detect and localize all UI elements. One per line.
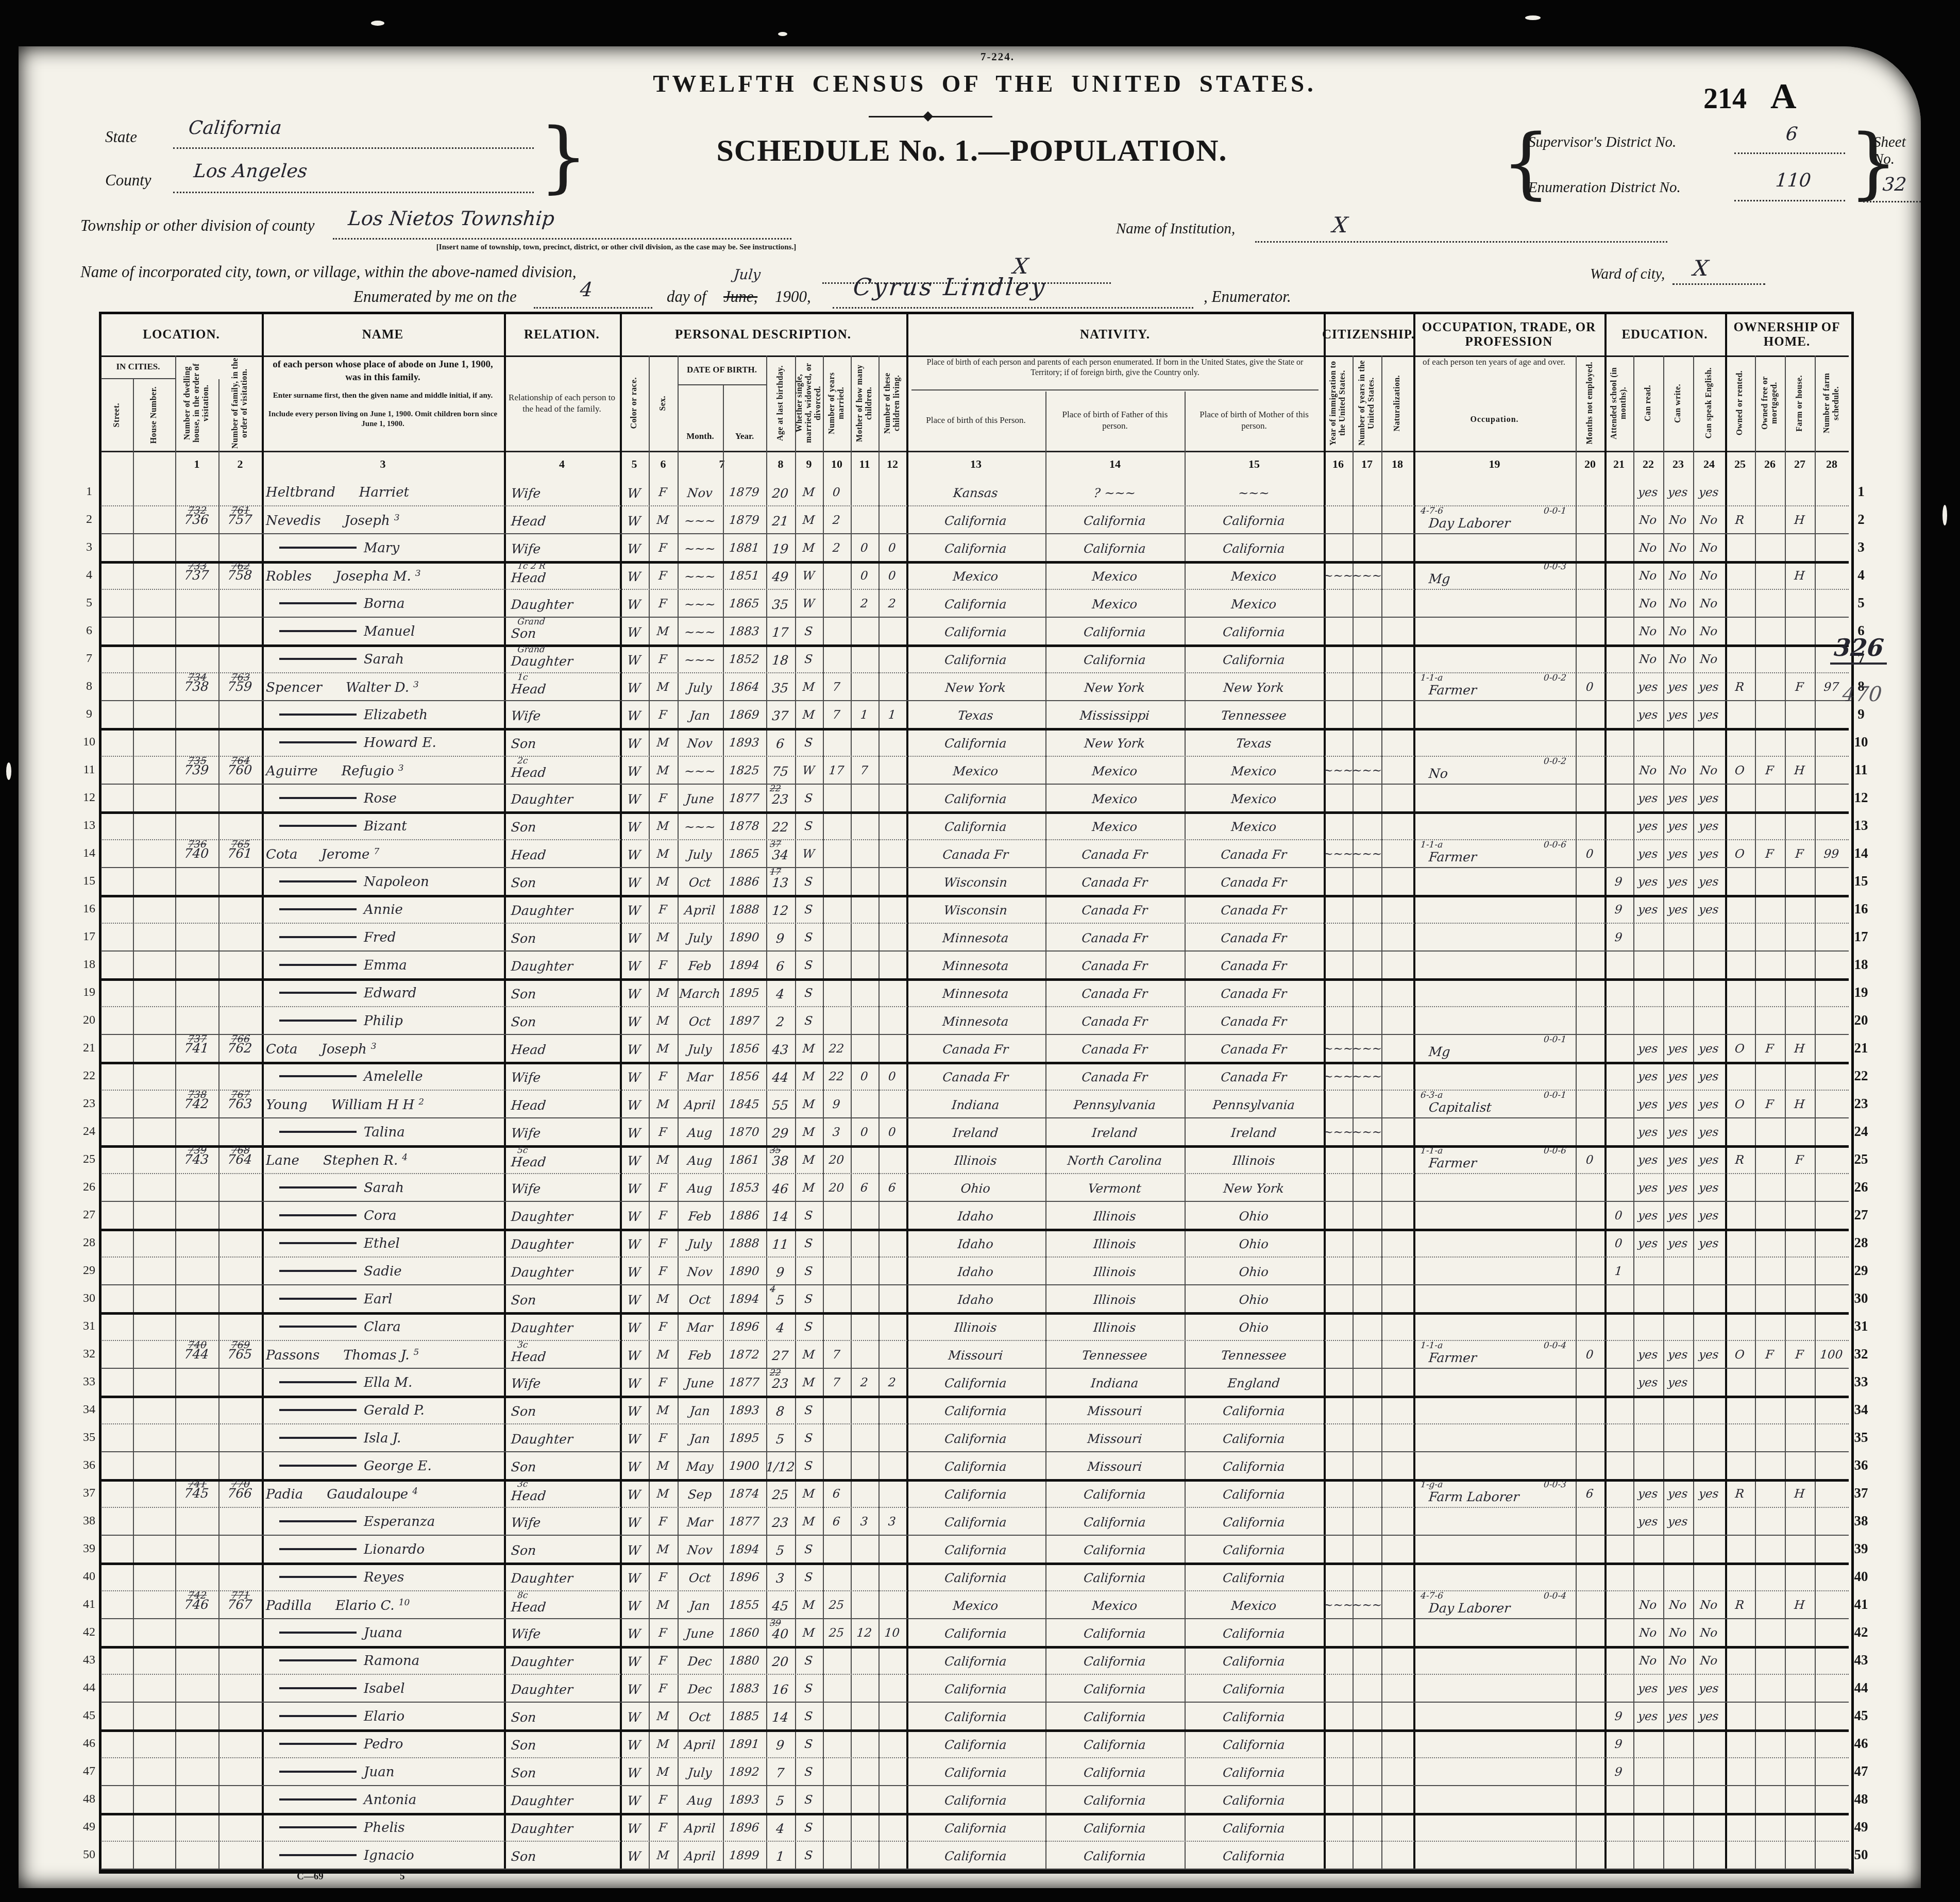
cell-nm: Howard E. [262,728,504,756]
cell-pf: New York [1045,672,1185,700]
cell-en: yes [1693,1340,1725,1368]
cell-rl: Daughter [504,895,620,923]
cell-pm: Canada Fr [1185,978,1324,1006]
cell-nm: Ethel [262,1229,504,1256]
table-row: 1212RoseDaughterW2223FJune1877SCaliforni… [19,784,1880,811]
group-header-edu: EDUCATION. [1604,314,1725,357]
cell-wr: yes [1663,478,1693,505]
cell-sc: 1 [1604,1256,1633,1284]
cell-yr: 1853 [723,1173,766,1201]
colnum-pb: 13 [906,451,1045,478]
cell-pm: Texas [1185,728,1324,756]
cell-pm: Canada Fr [1185,1006,1324,1034]
occupation-sub-label: Occupation. [1413,392,1576,449]
cell-pf: Canada Fr [1045,839,1185,867]
ditto-dash [279,1548,357,1550]
cell-nm: RoblesJosepha M.3 [262,561,504,589]
cell-pm: California [1185,1618,1324,1646]
cell-ms: S [795,1757,823,1785]
colhead-sc: Attended school (in months). [1604,355,1633,451]
cell-c1: ~~~ [1324,756,1353,784]
cell-fa: 768764 [218,1145,262,1173]
cell-lineR: 29 [1849,1256,1873,1284]
cell-c2: ~~~ [1353,1117,1381,1145]
cell-mo: Mar [678,1312,723,1340]
table-row: 3838EsperanzaWifeW23FMar1877M633Californ… [19,1507,1880,1535]
cell-lineL: 39 [77,1535,101,1563]
cell-rd: yes [1633,867,1663,895]
cell-ms: S [795,1535,823,1563]
cell-ms: S [795,1396,823,1423]
cell-nm: Amelelle [262,1062,504,1090]
cell-sx: M [649,978,678,1006]
cell-pf: Missouri [1045,1396,1185,1423]
cell-rl: Son [504,1702,620,1729]
cell-ag: 2223 [766,1368,795,1396]
colnum-label-pb: 13 [970,457,982,471]
cell-rd: No [1633,533,1663,561]
cell-pb: Mexico [906,756,1045,784]
cell-wr: No [1663,1590,1693,1618]
colnum-fa: 2 [218,451,262,478]
ditto-dash [279,1186,357,1188]
cell-nm: Antonia [262,1785,504,1813]
table-row: 2929SadieDaughterW9FNov1890SIdahoIllinoi… [19,1256,1880,1284]
cell-wr: yes [1663,1145,1693,1173]
cell-sc: 9 [1604,1757,1633,1785]
cell-rl: Son [504,1841,620,1869]
cell-pb: California [906,1813,1045,1841]
cell-co: W [620,1284,649,1312]
cell-fa: 763759 [218,672,262,700]
cell-rl: 8cHead [504,1590,620,1618]
cell-rl: Son [504,1396,620,1423]
cell-nm: Reyes [262,1563,504,1590]
cell-co: W [620,756,649,784]
cell-pm: Tennessee [1185,1340,1324,1368]
colhead-label-rd: Can read. [1644,385,1653,421]
table-row: 88734738763759SpencerWalter D.31cHeadW35… [19,672,1880,700]
colhead-label-st: Street. [112,403,122,427]
scan-speck [1942,505,1947,525]
cell-dw: 735739 [175,756,218,784]
cell-ym: 25 [823,1590,851,1618]
cell-pm: Mexico [1185,1590,1324,1618]
cell-pm: California [1185,1785,1324,1813]
cell-rd: No [1633,1646,1663,1674]
cell-wr: No [1663,756,1693,784]
table-row: 4646PedroSonW9MApril1891SCaliforniaCalif… [19,1729,1880,1757]
cell-pm: California [1185,1479,1324,1507]
cell-lineL: 4 [77,561,101,589]
cell-en: No [1693,1590,1725,1618]
table-row: 1616AnnieDaughterW12FApril1888SWisconsin… [19,895,1880,923]
colnum-co: 5 [620,451,649,478]
cell-yr: 1893 [723,1785,766,1813]
cell-rd: yes [1633,1145,1663,1173]
colhead-c2: Number of years in the United States. [1353,355,1381,451]
cell-lineR: 23 [1849,1090,1873,1117]
cell-pf: California [1045,1785,1185,1813]
cell-wr: yes [1663,1674,1693,1702]
table-row: 1111735739764760AguirreRefugio32cHeadW75… [19,756,1880,784]
cell-rl: Daughter [504,589,620,617]
cell-lineR: 33 [1849,1368,1873,1396]
colnum-label-fm: 26 [1764,457,1776,471]
cell-lineL: 17 [77,923,101,950]
cell-lineR: 39 [1849,1535,1873,1563]
cell-nm: CotaJoseph3 [262,1034,504,1062]
cell-wr: yes [1663,784,1693,811]
ditto-dash [279,964,357,966]
cell-rl: Son [504,1535,620,1563]
cell-rl: Daughter [504,784,620,811]
cell-sx: M [649,1729,678,1757]
cell-en: yes [1693,784,1725,811]
cell-ag: 14 [766,1702,795,1729]
cell-yr: 1877 [723,1507,766,1535]
cell-ag: 3734 [766,839,795,867]
ditto-dash [279,1632,357,1634]
cell-yr: 1893 [723,1396,766,1423]
cell-ms: S [795,784,823,811]
cell-pf: California [1045,1618,1185,1646]
cell-pf: Canada Fr [1045,1006,1185,1034]
cell-co: W [620,895,649,923]
cell-rl: Wife [504,533,620,561]
colhead-label-ym: Number of years married. [827,358,846,449]
cell-pf: Mexico [1045,561,1185,589]
cell-yr: 1865 [723,839,766,867]
colnum-label-sx: 6 [661,457,666,471]
cell-lineR: 25 [1849,1145,1873,1173]
cell-en: yes [1693,1117,1725,1145]
cell-yr: 1878 [723,811,766,839]
cell-pm: California [1185,1729,1324,1757]
cell-oc: 1-g-a0-0-3Farm Laborer [1413,1479,1576,1507]
cell-lineL: 26 [77,1173,101,1201]
cell-mo: July [678,839,723,867]
cell-sx: F [649,1646,678,1674]
cell-ag: 7 [766,1757,795,1785]
cell-nm: Juana [262,1618,504,1646]
cell-nm: Cora [262,1201,504,1229]
cell-mo: July [678,1229,723,1256]
cell-rl: Daughter [504,1201,620,1229]
cell-rl: Daughter [504,1423,620,1451]
colhead-pb: Place of birth of this Person. [906,392,1045,449]
cell-pf: Pennsylvania [1045,1090,1185,1117]
cell-ms: S [795,1674,823,1702]
ditto-dash [279,1381,357,1383]
colhead-label-hn: House Number. [149,386,159,444]
cell-pf: California [1045,1674,1185,1702]
cell-co: W [620,1590,649,1618]
cell-sx: M [649,1479,678,1507]
cell-lineL: 16 [77,895,101,923]
colnum-label-c2: 17 [1361,457,1373,471]
cell-en: No [1693,1646,1725,1674]
cell-ag: 1/12 [766,1451,795,1479]
cell-lineR: 22 [1849,1062,1873,1090]
cell-ym: 0 [823,478,851,505]
cell-sc: 9 [1604,923,1633,950]
cell-pb: Idaho [906,1256,1045,1284]
cell-en: No [1693,644,1725,672]
cell-co: W [620,561,649,589]
cell-mo: Sep [678,1479,723,1507]
cell-co: W [620,1757,649,1785]
cell-pb: California [906,617,1045,644]
cell-mo: Jan [678,1423,723,1451]
cell-rl: Daughter [504,1563,620,1590]
colnum-label-rd: 22 [1643,457,1654,471]
cell-fa: 771767 [218,1590,262,1618]
cell-ag: 9 [766,1729,795,1757]
ditto-dash [279,1520,357,1522]
table-row: 2121737741766762CotaJoseph3HeadW430-0-1M… [19,1034,1880,1062]
cell-lineR: 2 [1849,505,1873,533]
cell-rl: Wife [504,1117,620,1145]
cell-nm: SpencerWalter D.3 [262,672,504,700]
cell-sx: M [649,728,678,756]
cell-co: W [620,950,649,978]
group-label-cit: CITIZENSHIP. [1319,328,1418,342]
cell-fh: F [1785,839,1815,867]
cell-ag: 17 [766,617,795,644]
scan-speck [778,32,787,36]
cell-sx: M [649,1451,678,1479]
cell-sx: F [649,561,678,589]
cell-yr: 1855 [723,1590,766,1618]
cell-mc: 2 [851,1368,878,1396]
ditto-dash [279,1214,357,1216]
ditto-dash [279,1743,357,1745]
cell-co: W [620,1229,649,1256]
cell-sx: F [649,1563,678,1590]
colnum-c3: 18 [1381,451,1413,478]
ditto-dash [279,741,357,743]
ditto-dash [279,1075,357,1077]
cell-lineR: 38 [1849,1507,1873,1535]
cell-lineR: 17 [1849,923,1873,950]
colhead-hn: House Number. [133,379,175,451]
table-row: 2828EthelDaughterW11FJuly1888SIdahoIllin… [19,1229,1880,1256]
cell-pf: Mexico [1045,811,1185,839]
cell-co: W [620,644,649,672]
cell-co: W [620,1368,649,1396]
cell-pf: Illinois [1045,1229,1185,1256]
in-cities-label: IN CITIES. [116,361,160,372]
cell-ym: 2 [823,505,851,533]
cell-dw: 738742 [175,1090,218,1117]
cell-ms: M [795,1145,823,1173]
cell-yr: 1899 [723,1841,766,1869]
cell-en: yes [1693,839,1725,867]
cell-en: yes [1693,1173,1725,1201]
cell-yr: 1865 [723,589,766,617]
cell-sx: M [649,1757,678,1785]
relation-desc: Relationship of each person to the head … [507,355,617,451]
table-row: 4040ReyesDaughterW3FOct1896SCaliforniaCa… [19,1563,1880,1590]
cell-wr: yes [1663,1702,1693,1729]
cell-sx: F [649,1368,678,1396]
colnum-label-co: 5 [632,457,637,471]
cell-pm: California [1185,1423,1324,1451]
cell-mo: March [678,978,723,1006]
cell-sc: 9 [1604,1729,1633,1757]
cell-mo: Nov [678,1256,723,1284]
group-label-nat: NATIVITY. [1077,328,1153,342]
cell-dw: 734738 [175,672,218,700]
cell-ym: 20 [823,1145,851,1173]
cell-oc: 0-0-1Mg [1413,1034,1576,1062]
cell-fh: H [1785,1034,1815,1062]
colnum-label-fs: 28 [1826,457,1837,471]
cell-nm: Fred [262,923,504,950]
cell-ag: 6 [766,950,795,978]
cell-pm: California [1185,1674,1324,1702]
cell-lineL: 29 [77,1256,101,1284]
cell-yr: 1895 [723,1423,766,1451]
cell-rl: 1c 2 RHead [504,561,620,589]
cell-oc: 4-7-60-0-1Day Laborer [1413,505,1576,533]
colhead-label-c2: Number of years in the United States. [1358,358,1376,449]
colnum-label-wr: 23 [1672,457,1684,471]
cell-rd: yes [1633,1201,1663,1229]
table-row: 3535Isla J.DaughterW5FJan1895SCalifornia… [19,1423,1880,1451]
cell-nm: Talina [262,1117,504,1145]
cell-nm: Rose [262,784,504,811]
cell-ms: M [795,533,823,561]
colnum-label-sc: 21 [1613,457,1625,471]
colhead-sx: Sex. [649,355,678,451]
cell-co: W [620,1145,649,1173]
cell-rl: Wife [504,1368,620,1396]
cell-sx: F [649,1507,678,1535]
cell-ms: S [795,1284,823,1312]
year-label: Year. [735,431,754,442]
cell-pf: Vermont [1045,1173,1185,1201]
cell-ym: 25 [823,1618,851,1646]
cell-pb: California [906,1563,1045,1590]
cell-lineR: 44 [1849,1674,1873,1702]
cell-ms: S [795,1729,823,1757]
cell-mo: ~~~ [678,811,723,839]
group-label-edu: EDUCATION. [1618,328,1711,342]
table-row: 2424TalinaWifeW29FAug1870M300IrelandIrel… [19,1117,1880,1145]
colnum-label-mc: 11 [859,457,870,471]
cell-nm: HeltbrandHarriet [262,478,504,505]
cell-ym: 17 [823,756,851,784]
dob-year-label: Year. [723,424,766,449]
cell-lineL: 46 [77,1729,101,1757]
cell-lineR: 45 [1849,1702,1873,1729]
cell-en: No [1693,756,1725,784]
cell-sx: F [649,700,678,728]
cell-nm: YoungWilliam H H2 [262,1090,504,1117]
cell-cl: 0 [878,561,906,589]
cell-pb: California [906,728,1045,756]
colnum-dw: 1 [175,451,218,478]
cell-nm: CotaJerome7 [262,839,504,867]
table-row: 1414736740765761CotaJerome7HeadW37341-1-… [19,839,1880,867]
cell-mo: April [678,1729,723,1757]
cell-ms: S [795,1006,823,1034]
cell-ag: 75 [766,756,795,784]
cell-fa: 762758 [218,561,262,589]
cell-nm: Sarah [262,644,504,672]
cell-lineR: 28 [1849,1229,1873,1256]
table-row: 2525739743768764LaneStephen R.45cHeadW35… [19,1145,1880,1173]
cell-en: No [1693,505,1725,533]
cell-mo: Oct [678,1284,723,1312]
cell-pb: Kansas [906,478,1045,505]
cell-lineL: 2 [77,505,101,533]
cell-pb: California [906,533,1045,561]
cell-ow: R [1725,505,1755,533]
ditto-dash [279,547,357,549]
cell-nm: Emma [262,950,504,978]
cell-rl: Daughter [504,950,620,978]
cell-pm: Canada Fr [1185,923,1324,950]
cell-ms: M [795,1062,823,1090]
cell-cl: 2 [878,589,906,617]
cell-nm: Ramona [262,1646,504,1674]
footer-number: 5 [400,1871,405,1882]
cell-co: W [620,1256,649,1284]
cell-ms: W [795,756,823,784]
cell-pm: Illinois [1185,1145,1324,1173]
cell-pf: California [1045,617,1185,644]
cell-co: W [620,672,649,700]
cell-rd: No [1633,561,1663,589]
cell-c1: ~~~ [1324,1590,1353,1618]
cell-co: W [620,1729,649,1757]
colhead-label-dw: Number of dwelling house, in the order o… [183,358,211,449]
ditto-dash [279,602,357,604]
cell-ag: 3538 [766,1145,795,1173]
cell-rd: No [1633,1590,1663,1618]
ditto-dash [279,658,357,660]
cell-pf: Mexico [1045,589,1185,617]
cell-ag: 6 [766,728,795,756]
cell-co: W [620,700,649,728]
cell-co: W [620,1173,649,1201]
colhead-mc: Mother of how many children. [851,355,878,451]
ditto-dash [279,1798,357,1801]
cell-wr: yes [1663,839,1693,867]
margin-note-underline [1830,663,1887,665]
cell-nm: NevedisJoseph3 [262,505,504,533]
cell-ag: 14 [766,1201,795,1229]
cell-rl: Head [504,839,620,867]
cell-pb: Mexico [906,1590,1045,1618]
cell-ms: S [795,1423,823,1451]
cell-pm: Mexico [1185,561,1324,589]
ditto-dash [279,908,357,910]
cell-nm: Esperanza [262,1507,504,1535]
cell-c1: ~~~ [1324,561,1353,589]
cell-co: W [620,728,649,756]
cell-ym: 6 [823,1479,851,1507]
cell-co: W [620,1451,649,1479]
cell-en: yes [1693,867,1725,895]
cell-wr: No [1663,1618,1693,1646]
group-label-loc: LOCATION. [140,328,223,342]
cell-pb: Missouri [906,1340,1045,1368]
cell-pb: California [906,505,1045,533]
